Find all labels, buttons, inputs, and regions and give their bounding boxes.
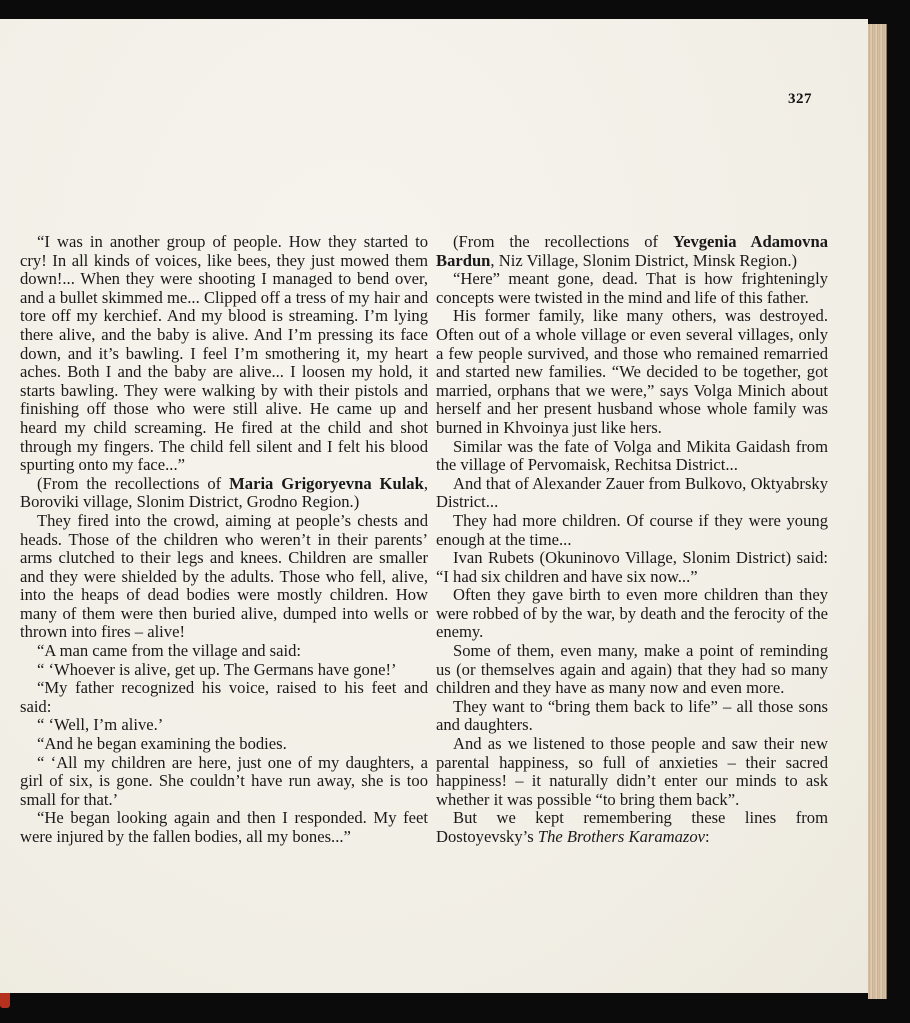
paragraph: “ ‘All my children are here, just one of… [20, 754, 428, 810]
paragraph: They fired into the crowd, aiming at peo… [20, 512, 428, 642]
paragraph: They had more children. Of course if the… [436, 512, 828, 549]
left-column: “I was in another group of people. How t… [20, 233, 428, 847]
attribution-prefix: (From the recollections of [37, 474, 229, 493]
attribution-paragraph: (From the recollections of Maria Grigory… [20, 475, 428, 512]
book-title: The Brothers Karamazov [538, 827, 705, 846]
paragraph: They want to “bring them back to life” –… [436, 698, 828, 735]
paragraph: And that of Alexander Zauer from Bulkovo… [436, 475, 828, 512]
paragraph: “My father recognized his voice, raised … [20, 679, 428, 716]
paragraph: “And he began examining the bodies. [20, 735, 428, 754]
paragraph: Often they gave birth to even more child… [436, 586, 828, 642]
paragraph: Similar was the fate of Volga and Mikita… [436, 438, 828, 475]
paragraph: Some of them, even many, make a point of… [436, 642, 828, 698]
page-edges [868, 24, 887, 999]
paragraph: “ ‘Whoever is alive, get up. The Germans… [20, 661, 428, 680]
citation-suffix: : [705, 827, 710, 846]
citation-paragraph: But we kept remembering these lines from… [436, 809, 828, 846]
attribution-prefix: (From the recollections of [453, 232, 673, 251]
paragraph: “Here” meant gone, dead. That is how fri… [436, 270, 828, 307]
paragraph: And as we listened to those people and s… [436, 735, 828, 809]
paragraph: Ivan Rubets (Okuninovo Village, Slonim D… [436, 549, 828, 586]
paragraph: “I was in another group of people. How t… [20, 233, 428, 475]
paragraph: “A man came from the village and said: [20, 642, 428, 661]
paragraph: “ ‘Well, I’m alive.’ [20, 716, 428, 735]
attribution-place: , Niz Village, Slonim District, Minsk Re… [490, 251, 797, 270]
right-column: (From the recollections of Yevgenia Adam… [436, 233, 828, 847]
witness-name: Maria Grigoryevna Kulak [229, 474, 424, 493]
attribution-paragraph: (From the recollections of Yevgenia Adam… [436, 233, 828, 270]
paragraph: “He began looking again and then I respo… [20, 809, 428, 846]
paragraph: His former family, like many others, was… [436, 307, 828, 437]
page-number: 327 [788, 91, 812, 108]
